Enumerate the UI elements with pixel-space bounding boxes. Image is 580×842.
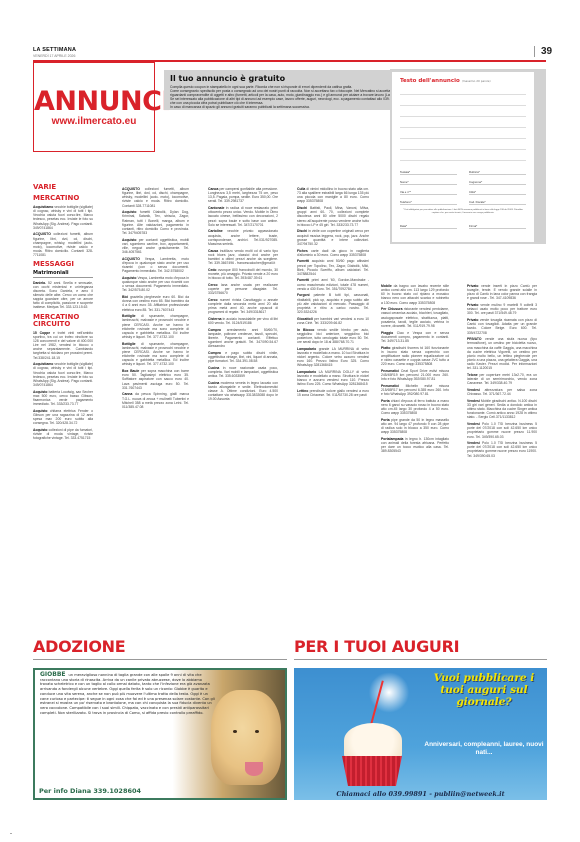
classified-ad: Compro arredamento anni 50/60/70, lampad… <box>208 328 278 349</box>
subsection-matrimoniali: Matrimoniali <box>33 271 93 277</box>
classified-ad: Dischi Battisti, Paoli, Mina, Vanoni, Mi… <box>297 206 369 227</box>
greetings-subtitle: Anniversari, compleanni, lauree, nuovi n… <box>424 741 544 757</box>
classified-ad: Vendesi Mobile giradischi antico. N.100 … <box>467 399 537 420</box>
adoption-ad: GIOBBEun meraviglioso nonnino di taglia … <box>33 668 287 800</box>
classified-ad: ACQUISTO collezioni fumetti, album figur… <box>33 232 93 257</box>
adozione-divider <box>33 659 287 660</box>
dog-mouth-icon <box>245 762 263 776</box>
publication-date: VENERDÌ 17 APRILE 2026 <box>33 54 75 58</box>
annunci-title: ANNUNCI <box>34 86 154 117</box>
classified-ad: Privato vende tovaglia ricamata con pizz… <box>467 318 537 335</box>
classified-ad: Vendesi attrezzatura per salsa zona Chiv… <box>467 388 537 396</box>
auguri-divider <box>294 659 547 660</box>
classified-ad: Piaggio Ciao e Vespa con e senza documen… <box>381 331 449 343</box>
classified-ad: Cerco lana anche usata per realizzare co… <box>208 283 278 295</box>
classified-ad: PRIVATO vende una stufa nuova (tipo term… <box>467 337 537 370</box>
free-ad-info-box: Il tuo annuncio è gratuito Compila quest… <box>164 70 426 110</box>
classified-ad: Lampadario grande LA MURRINA di vetro la… <box>297 347 369 368</box>
classified-ad: Daniela. 52 anni. Snella e sensuale, con… <box>33 281 93 310</box>
ad-text-line[interactable] <box>400 139 526 150</box>
adoption-description: GIOBBEun meraviglioso nonnino di taglia … <box>40 673 215 715</box>
section-messaggi: MESSAGGI <box>33 261 93 268</box>
greetings-title: Vuoi pubblicare i tuoi auguri sul giorna… <box>424 672 544 708</box>
classified-ad: Cisterna in acciaio inossidabile per vin… <box>208 317 278 325</box>
classified-ad: Giocattoli per bambini vari vendesi a eu… <box>297 317 369 325</box>
field-data[interactable]: Data* <box>400 219 457 229</box>
classified-ad: Compro e pago subito dischi vinile, ogge… <box>208 351 278 363</box>
classified-ad: Cedo ovunque 800 francobolli del mondo, … <box>208 268 278 280</box>
field-telefono[interactable]: Telefono* <box>400 195 457 205</box>
classified-ad: Bottiglie di spumante, champagne, lambru… <box>122 342 189 367</box>
classified-ad: Cerco numeri rivista Canottaggio o annat… <box>208 298 278 315</box>
dog-eye-icon <box>255 730 259 733</box>
classified-ad: Bottiglie di spumante, champagne, lambru… <box>122 314 189 339</box>
classified-ad: Portalampada in legno h. 130cm intagliat… <box>381 437 449 454</box>
column-5: Mobile da bagno con lavabo recente stile… <box>381 284 449 456</box>
classified-ad: Acquisto fumetti Diabolik, Dylan Dog, Kr… <box>122 210 189 235</box>
section-auguri: PER I TUOI AUGURI <box>294 637 459 656</box>
info-paragraph: Come consegnarlo: spediscilo per posta o… <box>170 89 420 97</box>
info-paragraph: In caso di mancanza di spazio gli annunc… <box>170 105 420 109</box>
field-testata[interactable]: Testata* <box>400 165 457 175</box>
classified-ad: Cantonale in radica di noce restaurato p… <box>208 206 278 227</box>
classified-ad: Acquisto Vespa, Lambretta moto d'epoca i… <box>122 276 189 293</box>
cupcake-icon <box>342 756 402 786</box>
classified-ad: Acquistiamo vecchie bottiglie (sigillate… <box>33 362 93 387</box>
classified-ad: Acquisto collezioni di pipe da fumatori,… <box>33 428 93 440</box>
classified-ad: Lampadario LA MURRINA DOLLY di vetro lav… <box>297 370 369 387</box>
section-adozione: ADOZIONE <box>33 637 125 656</box>
cupcake-frosting-icon <box>344 723 402 758</box>
classified-ad: 15 Coppe e trofei vinti nell'ambito spor… <box>33 331 93 360</box>
field-codice-fiscale[interactable]: Cod. Fiscale* <box>469 195 526 205</box>
dog-eye-icon <box>233 730 237 733</box>
classified-ad: Per Chiusura ristorante vendesi pentolam… <box>381 307 449 328</box>
ad-text-line[interactable] <box>400 84 526 95</box>
classified-ad: Porta chiavi d'epoca di ferro battuto a … <box>381 399 449 416</box>
annunci-logo-box: ANNUNCI www.ilmercato.eu <box>33 62 155 152</box>
classified-ad: Acquisto chitarra elettrica Fender o Gib… <box>33 409 93 426</box>
column-2: ACQUISTO collezioni fumetti, album figur… <box>122 187 189 412</box>
classified-ad: ACQUISTO Vespa, Lambretta, moto d'epoca … <box>122 257 189 274</box>
classified-ad: Acquisto batteria Loodwig, sax Secher ma… <box>33 390 93 407</box>
field-firma[interactable]: Firma* <box>469 219 526 229</box>
column-6: Privato vende inserti in pizzo Cantù per… <box>467 284 537 460</box>
page-number: 39 <box>534 46 552 57</box>
classified-ad: Privato vende inserti in pizzo Cantù per… <box>467 284 537 301</box>
classified-ad: Culla di vimini midollino in buono stato… <box>297 187 369 204</box>
column-4: Culla di vimini midollino in buono stato… <box>297 187 369 400</box>
classified-ad: Fumetti primi anni '60, Gordon-Mandrake … <box>297 278 369 290</box>
classified-ad: Cucina in noce nazionale usata poco, com… <box>208 366 278 378</box>
classified-ad: Furgoni patente B tutti tipi, cassonati,… <box>297 293 369 314</box>
classified-ad: Telone per coperture metri 13x2.70, era … <box>467 373 537 385</box>
classified-ad: In Blocco vendo sedile bimbo per auto, s… <box>297 328 369 345</box>
ad-text-line[interactable] <box>400 128 526 139</box>
ad-text-line[interactable] <box>400 106 526 117</box>
greetings-contact: Chiamaci allo 039.99891 - publiin@netwee… <box>294 790 547 798</box>
classified-ad: Fumetti acquisto anni 50/60 pago altissi… <box>297 259 369 276</box>
classified-ad: Porta pipe grande da 50 in legno massell… <box>381 418 449 435</box>
field-nome[interactable]: Nome* <box>400 175 457 185</box>
classified-ad: Vendesi Polo 1.0 TSI benzina business 5 … <box>467 441 537 458</box>
info-text: Compila questo coupon in stampatello in … <box>170 85 420 110</box>
field-rubrica[interactable]: Rubrica* <box>469 165 526 175</box>
adoption-contact: Per info Diana 339.1028604 <box>39 787 141 795</box>
website-link[interactable]: www.ilmercato.eu <box>34 116 154 127</box>
greetings-ad: Vuoi pubblicare i tuoi auguri sul giorna… <box>294 668 547 800</box>
sparkler-icon <box>364 670 414 715</box>
classified-ad: Box Baule per sopra macchina con barre e… <box>122 369 189 390</box>
form-title-note: (massimo 20 parole) <box>462 79 491 83</box>
classified-ad: Pneumatici Ceat Sport Drive estivi misur… <box>381 369 449 381</box>
field-citta[interactable]: Città* <box>469 185 526 195</box>
info-paragraph: Se sei interessato alla pubblicazione di… <box>170 97 420 105</box>
publication-name: LA SETTIMANA <box>33 47 76 53</box>
classified-ad: Privato vende mulino 9 martelli 9 coltel… <box>467 303 537 315</box>
classified-ad: Acquisto per contanti oggettistica, mobi… <box>122 238 189 255</box>
adoption-story: un meraviglioso nonnino di taglia grande… <box>40 673 215 715</box>
info-title: Il tuo annuncio è gratuito <box>170 74 420 83</box>
classified-ad: Bici graziella pieghevole euro 60. Bici … <box>122 295 189 312</box>
field-cognome[interactable]: Cognome* <box>469 175 526 185</box>
classified-ad: Piatto giradischi thorens td 160 funzion… <box>381 346 449 367</box>
classified-ad: Fiches carte dadi da gioco in vaglierta … <box>297 249 369 257</box>
classified-ad: Cartoline vecchie privato appassionato a… <box>208 229 278 246</box>
classified-ad: Causa inutilizzo vendo molti cd di vario… <box>208 249 278 266</box>
ad-text-line[interactable] <box>400 150 526 161</box>
classified-ad: ACQUISTO collezioni fumetti, album figur… <box>122 187 189 208</box>
classified-ad: Canoa per campersi gonfiabile alta press… <box>208 187 278 204</box>
classified-ad: Canna da pesca Spinning, gialli marca T.… <box>122 392 189 409</box>
column-1: VARIE MERCATINO Acquistiamo vecchie bott… <box>33 180 93 443</box>
classified-ad: Acquistiamo vecchie bottiglie (sigillate… <box>33 205 93 230</box>
ad-text-line[interactable] <box>400 95 526 106</box>
classified-ad: Cucina moderna veneta in legno laccato c… <box>208 381 278 402</box>
section-mercatino: MERCATINO <box>33 195 93 202</box>
ad-text-line[interactable] <box>400 117 526 128</box>
section-mercatino-circuito: MERCATINO CIRCUITO <box>33 314 93 328</box>
ad-coupon-form: Testo dell'annuncio (massimo 20 parole) … <box>390 69 546 244</box>
form-privacy-note: * Dati obbligatori per procedere alla pu… <box>400 209 526 215</box>
page-mark <box>10 833 12 834</box>
classified-ad: Pneumatici Michelin estivi misura 215/65… <box>381 384 449 396</box>
classified-ad: Vendesi Polo 1.0 TSI benzina business 5 … <box>467 422 537 439</box>
classified-ad: Lettino prendisole colore giallo vendesi… <box>297 389 369 397</box>
classified-ad: Mobile da bagno con lavabo recente stile… <box>381 284 449 305</box>
column-3: Canoa per campersi gonfiabile alta press… <box>208 187 278 404</box>
section-varie: VARIE <box>33 184 93 191</box>
field-via[interactable]: Via e n°* <box>400 185 457 195</box>
classified-ad: Dischi in vinile con copertine originali… <box>297 229 369 246</box>
